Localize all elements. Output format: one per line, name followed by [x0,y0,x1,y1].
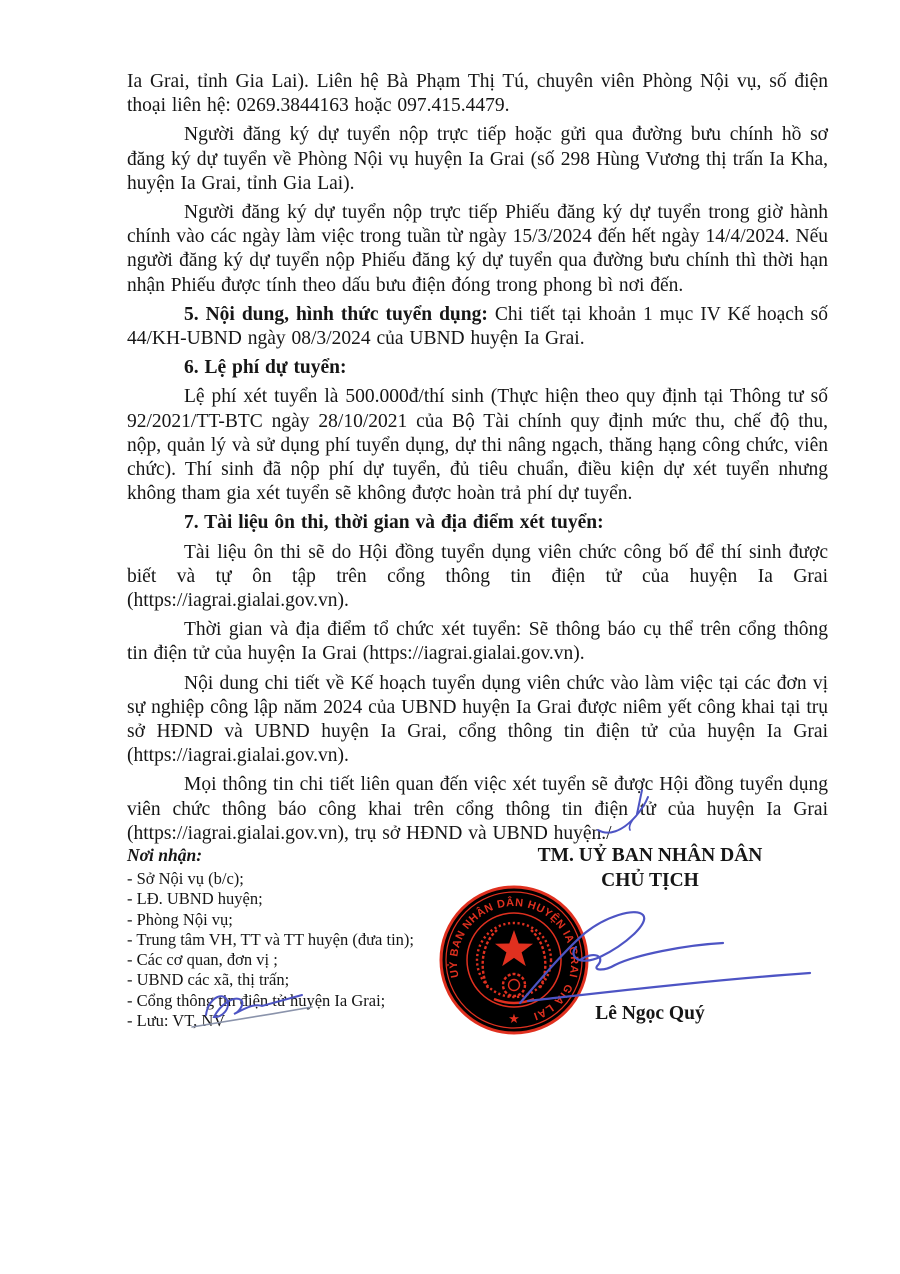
paragraph-contact: Ia Grai, tỉnh Gia Lai). Liên hệ Bà Phạm … [127,70,828,118]
recipient-item: - Phòng Nội vụ; [127,910,467,930]
paragraph-section5: 5. Nội dung, hình thức tuyển dụng: Chi t… [127,303,828,351]
paragraph-info: Mọi thông tin chi tiết liên quan đến việ… [127,773,828,846]
paraph-mark-icon [592,786,656,838]
section6-heading: 6. Lệ phí dự tuyển: [127,356,828,380]
recipient-item: - LĐ. UBND huyện; [127,889,467,909]
recipient-item: - Trung tâm VH, TT và TT huyện (đưa tin)… [127,930,467,950]
signature-ink [510,885,815,1015]
paragraph-fee: Lệ phí xét tuyển là 500.000đ/thí sinh (T… [127,385,828,506]
paragraph-materials: Tài liệu ôn thi sẽ do Hội đồng tuyển dụn… [127,541,828,614]
section7-heading: 7. Tài liệu ôn thi, thời gian và địa điể… [127,511,828,535]
recipient-item: - Sở Nội vụ (b/c); [127,869,467,889]
paragraph-submit-time: Người đăng ký dự tuyển nộp trực tiếp Phi… [127,201,828,298]
paragraph-details: Nội dung chi tiết về Kế hoạch tuyển dụng… [127,672,828,769]
recipient-item: - Các cơ quan, đơn vị ; [127,950,467,970]
paragraph-submit-mail: Người đăng ký dự tuyển nộp trực tiếp hoặ… [127,123,828,196]
paragraph-time-place: Thời gian và địa điểm tổ chức xét tuyển:… [127,618,828,666]
section5-heading: 5. Nội dung, hình thức tuyển dụng: [184,304,488,325]
authority-line1: TM. UỶ BAN NHÂN DÂN [455,843,845,868]
clerk-initial-ink [190,985,320,1033]
document-page: Ia Grai, tỉnh Gia Lai). Liên hệ Bà Phạm … [0,0,900,1274]
recipients-label: Nơi nhận: [127,845,467,866]
document-body: Ia Grai, tỉnh Gia Lai). Liên hệ Bà Phạm … [127,70,828,851]
